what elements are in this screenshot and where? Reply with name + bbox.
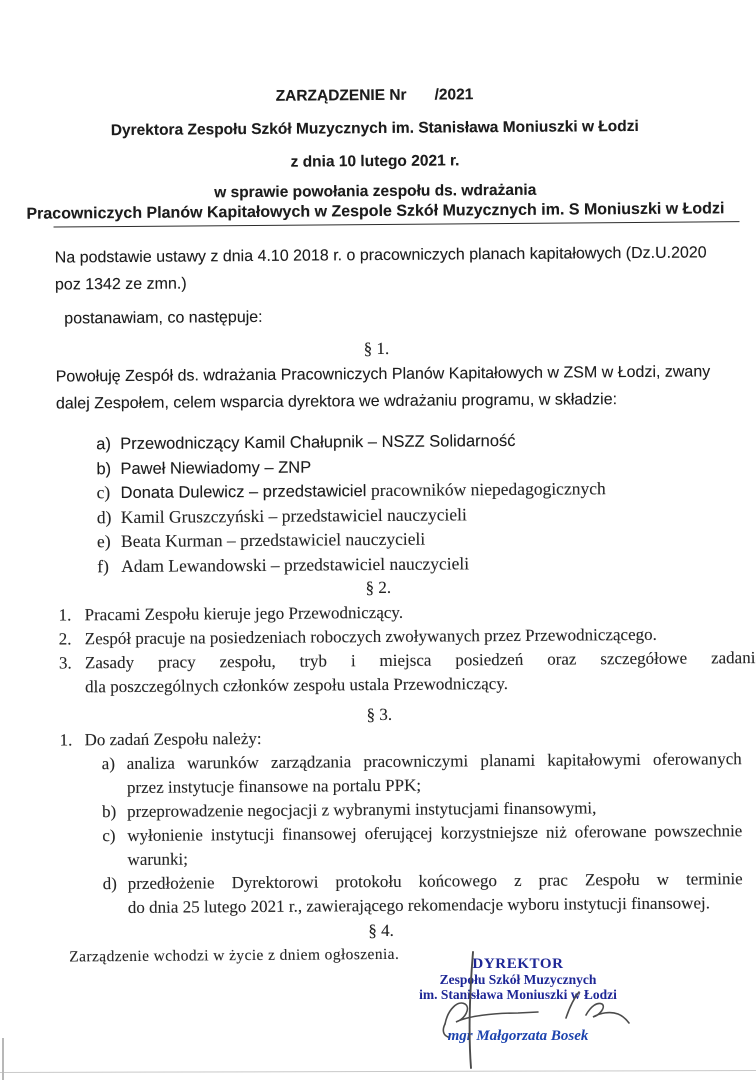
list-marker: d) (103, 872, 117, 896)
member-text-sans: Paweł Niewiadomy – ZNP (120, 458, 311, 477)
legal-basis-paragraph: Na podstawie ustawy z dnia 4.10 2018 r. … (55, 239, 743, 298)
date-line: z dnia 10 lutego 2021 r. (0, 149, 753, 174)
issuer-line: Dyrektora Zespołu Szkół Muzycznych im. S… (0, 116, 753, 141)
list-marker: 3. (59, 651, 72, 675)
section-2-heading: § 2. (0, 576, 756, 600)
list-marker: b) (102, 800, 116, 824)
document-title: ZARZĄDZENIE Nr/2021 (0, 83, 753, 108)
section-4-heading: § 4. (3, 919, 756, 943)
list-item: c) wyłonienie instytucji finansowej ofer… (102, 819, 742, 872)
resolve-line: postanawiam, co następuje: (64, 304, 754, 329)
team-member-list: a)Przewodniczący Kamil Chałupnik – NSZZ … (96, 427, 756, 579)
member-text-sans: Przewodniczący Kamil Chałupnik – NSZZ So… (120, 432, 515, 453)
list-marker: c) (102, 824, 115, 848)
list-item: 3. Zasady pracy zespołu, tryb i miejsca … (59, 646, 756, 700)
list-item: d) przedłożenie Dyrektorowi protokołu ko… (103, 867, 743, 920)
member-text-serif: Adam Lewandowski – przedstawiciel nauczy… (121, 553, 469, 576)
list-item: a) analiza warunków zarządzania pracowni… (102, 747, 742, 800)
list-marker: c) (97, 481, 121, 505)
section-1-intro: Powołuję Zespół ds. wdrażania Pracownicz… (56, 358, 746, 417)
section-1-heading: § 1. (0, 337, 755, 361)
title-suffix: /2021 (434, 86, 473, 103)
section-3-heading: § 3. (1, 703, 756, 727)
list-marker: f) (97, 555, 121, 579)
item-line: dla poszczególnych członków zespołu usta… (85, 670, 756, 699)
item-line: analiza warunków zarządzania pracowniczy… (127, 747, 742, 776)
member-text-serif: Kamil Gruszczyński – przedstawiciel nauc… (121, 504, 467, 527)
member-text-sans: Donata Dulewicz – przedstawiciel (121, 482, 372, 502)
intro-text: Do zadań Zespołu należy: (84, 729, 261, 749)
item-line: do dnia 25 lutego 2021 r., zawierającego… (128, 891, 743, 920)
tasks-list: a) analiza warunków zarządzania pracowni… (102, 747, 756, 920)
list-marker: b) (96, 458, 120, 482)
title-prefix: ZARZĄDZENIE Nr (276, 87, 407, 105)
list-marker: 2. (59, 627, 72, 651)
list-marker: a) (96, 433, 120, 457)
list-marker: d) (97, 506, 121, 530)
list-marker: 1. (59, 729, 72, 751)
list-marker: a) (102, 752, 115, 776)
section-2-list: 1. Pracami Zespołu kieruje jego Przewodn… (58, 598, 756, 699)
member-text-serif: pracowników niepedagogicznych (371, 478, 606, 500)
list-item: f)Adam Lewandowski – przedstawiciel nauc… (97, 550, 756, 580)
document-page: ZARZĄDZENIE Nr/2021 Dyrektora Zespołu Sz… (0, 0, 756, 1080)
scan-edge-mark (2, 1038, 4, 1080)
list-marker: e) (97, 530, 121, 554)
handwritten-signature (398, 944, 638, 1080)
list-marker: 1. (58, 603, 71, 627)
item-line: wyłonienie instytucji finansowej oferują… (127, 819, 742, 848)
member-text-serif: Beata Kurman – przedstawiciel nauczyciel… (121, 529, 425, 551)
